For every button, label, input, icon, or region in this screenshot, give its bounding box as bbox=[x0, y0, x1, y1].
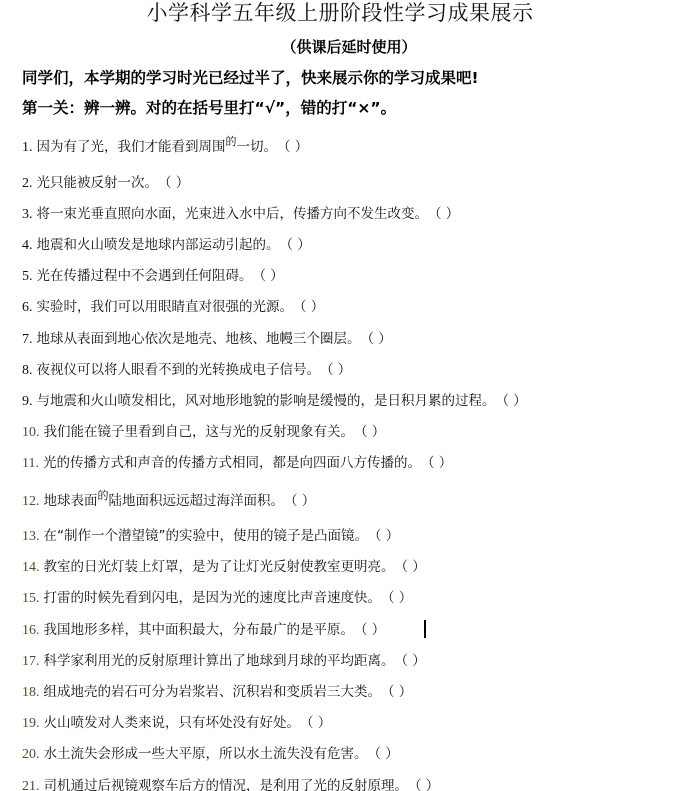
question-19[interactable]: 19.火山喷发对人类来说，只有坏处没有好处。（ ） bbox=[22, 713, 331, 734]
answer-blank[interactable]: （ ） bbox=[320, 360, 351, 380]
answer-blank[interactable]: （ ） bbox=[284, 491, 315, 511]
question-13[interactable]: 13.在“制作一个潜望镜”的实验中，使用的镜子是凸面镜。（ ） bbox=[22, 526, 399, 547]
question-14[interactable]: 14.教室的日光灯装上灯罩，是为了让灯光反射使教室更明亮。（ ） bbox=[22, 557, 426, 578]
question-number: 15. bbox=[22, 591, 40, 606]
question-number: 6. bbox=[22, 300, 33, 315]
question-text: 科学家利用光的反射原理计算出了地球到月球的平均距离。 bbox=[44, 653, 395, 669]
question-1[interactable]: 1.因为有了光，我们才能看到周围的一切。（ ） bbox=[22, 137, 308, 158]
question-number: 9. bbox=[22, 394, 33, 409]
question-number: 11. bbox=[22, 456, 39, 471]
question-7[interactable]: 7.地球从表面到地心依次是地壳、地核、地幔三个圈层。（ ） bbox=[22, 329, 392, 350]
question-text: 夜视仪可以将人眼看不到的光转换成电子信号。 bbox=[37, 362, 321, 378]
question-text: 实验时，我们可以用眼睛直对很强的光源。 bbox=[37, 299, 294, 315]
question-number: 7. bbox=[22, 332, 33, 347]
question-11[interactable]: 11.光的传播方式和声音的传播方式相同，都是向四面八方传播的。（ ） bbox=[22, 453, 452, 474]
answer-blank[interactable]: （ ） bbox=[277, 137, 308, 157]
document-title: 小学科学五年级上册阶段性学习成果展示 bbox=[0, 0, 680, 26]
answer-blank[interactable]: （ ） bbox=[354, 422, 385, 442]
answer-blank[interactable]: （ ） bbox=[300, 713, 331, 733]
question-text: 光只能被反射一次。 bbox=[37, 175, 159, 191]
question-number: 17. bbox=[22, 654, 40, 669]
question-text: 光的传播方式和声音的传播方式相同，都是向四面八方传播的。 bbox=[43, 455, 421, 471]
question-text: 教室的日光灯装上灯罩，是为了让灯光反射使教室更明亮。 bbox=[44, 559, 395, 575]
answer-blank[interactable]: （ ） bbox=[395, 651, 426, 671]
question-9[interactable]: 9.与地震和火山喷发相比，风对地形地貌的影响是缓慢的，是日积月累的过程。（ ） bbox=[22, 391, 527, 412]
question-text: 地震和火山喷发是地球内部运动引起的。 bbox=[37, 237, 280, 253]
question-text: 地球从表面到地心依次是地壳、地核、地幔三个圈层。 bbox=[37, 331, 361, 347]
question-text-cont: 一切。 bbox=[237, 139, 278, 155]
question-text: 火山喷发对人类来说，只有坏处没有好处。 bbox=[44, 715, 301, 731]
inserted-char: 的 bbox=[98, 489, 109, 502]
question-text: 打雷的时候先看到闪电，是因为光的速度比声音速度快。 bbox=[44, 590, 382, 606]
question-text: 地球表面 bbox=[44, 493, 98, 509]
inserted-char: 的 bbox=[226, 135, 237, 148]
question-number: 14. bbox=[22, 560, 40, 575]
question-text: 我国地形多样，其中面积最大，分布最广的是平原。 bbox=[44, 622, 355, 638]
document-subtitle: （供课后延时使用） bbox=[0, 36, 680, 58]
answer-blank[interactable]: （ ） bbox=[280, 235, 311, 255]
answer-blank[interactable]: （ ） bbox=[368, 744, 399, 764]
question-number: 19. bbox=[22, 716, 40, 731]
question-12[interactable]: 12.地球表面的陆地面积远远超过海洋面积。（ ） bbox=[22, 491, 315, 512]
question-15[interactable]: 15.打雷的时候先看到闪电，是因为光的速度比声音速度快。（ ） bbox=[22, 588, 412, 609]
question-20[interactable]: 20.水土流失会形成一些大平原，所以水土流失没有危害。（ ） bbox=[22, 744, 399, 765]
answer-blank[interactable]: （ ） bbox=[361, 329, 392, 349]
question-text: 将一束光垂直照向水面，光束进入水中后，传播方向不发生改变。 bbox=[37, 206, 429, 222]
question-6[interactable]: 6.实验时，我们可以用眼睛直对很强的光源。（ ） bbox=[22, 297, 324, 318]
question-number: 20. bbox=[22, 747, 40, 762]
question-number: 2. bbox=[22, 176, 33, 191]
question-number: 10. bbox=[22, 425, 40, 440]
question-text: 组成地壳的岩石可分为岩浆岩、沉积岩和变质岩三大类。 bbox=[44, 684, 382, 700]
answer-blank[interactable]: （ ） bbox=[381, 588, 412, 608]
intro-text: 同学们，本学期的学习时光已经过半了，快来展示你的学习成果吧! bbox=[22, 67, 479, 89]
question-number: 13. bbox=[22, 529, 40, 544]
question-text: 因为有了光，我们才能看到周围 bbox=[37, 139, 226, 155]
question-number: 21. bbox=[22, 779, 40, 791]
answer-blank[interactable]: （ ） bbox=[381, 682, 412, 702]
question-text: 我们能在镜子里看到自己，这与光的反射现象有关。 bbox=[44, 424, 355, 440]
answer-blank[interactable]: （ ） bbox=[253, 266, 284, 286]
question-21[interactable]: 21.司机通过后视镜观察车后方的情况，是利用了光的反射原理。（ ） bbox=[22, 776, 439, 791]
answer-blank[interactable]: （ ） bbox=[428, 204, 459, 224]
text-cursor bbox=[424, 620, 426, 638]
question-number: 12. bbox=[22, 494, 40, 509]
answer-blank[interactable]: （ ） bbox=[408, 776, 439, 791]
question-text: 与地震和火山喷发相比，风对地形地貌的影响是缓慢的，是日积月累的过程。 bbox=[37, 393, 496, 409]
answer-blank[interactable]: （ ） bbox=[496, 391, 527, 411]
question-text: 光在传播过程中不会遇到任何阻碍。 bbox=[37, 268, 253, 284]
question-8[interactable]: 8.夜视仪可以将人眼看不到的光转换成电子信号。（ ） bbox=[22, 360, 351, 381]
question-number: 5. bbox=[22, 269, 33, 284]
question-text: 司机通过后视镜观察车后方的情况，是利用了光的反射原理。 bbox=[44, 778, 409, 791]
question-18[interactable]: 18.组成地壳的岩石可分为岩浆岩、沉积岩和变质岩三大类。（ ） bbox=[22, 682, 412, 703]
question-number: 18. bbox=[22, 685, 40, 700]
question-number: 16. bbox=[22, 623, 40, 638]
question-17[interactable]: 17.科学家利用光的反射原理计算出了地球到月球的平均距离。（ ） bbox=[22, 651, 426, 672]
question-3[interactable]: 3.将一束光垂直照向水面，光束进入水中后，传播方向不发生改变。（ ） bbox=[22, 204, 459, 225]
question-number: 1. bbox=[22, 140, 33, 155]
question-5[interactable]: 5.光在传播过程中不会遇到任何阻碍。（ ） bbox=[22, 266, 284, 287]
answer-blank[interactable]: （ ） bbox=[368, 526, 399, 546]
answer-blank[interactable]: （ ） bbox=[395, 557, 426, 577]
answer-blank[interactable]: （ ） bbox=[354, 620, 385, 640]
answer-blank[interactable]: （ ） bbox=[421, 453, 452, 473]
question-2[interactable]: 2.光只能被反射一次。（ ） bbox=[22, 173, 189, 194]
question-text-cont: 陆地面积远远超过海洋面积。 bbox=[109, 493, 285, 509]
question-4[interactable]: 4.地震和火山喷发是地球内部运动引起的。（ ） bbox=[22, 235, 311, 256]
section-title: 第一关：辨一辨。对的在括号里打“√”，错的打“×”。 bbox=[22, 97, 396, 119]
question-text: 水土流失会形成一些大平原，所以水土流失没有危害。 bbox=[44, 746, 368, 762]
question-text: 在“制作一个潜望镜”的实验中，使用的镜子是凸面镜。 bbox=[44, 528, 369, 544]
answer-blank[interactable]: （ ） bbox=[293, 297, 324, 317]
answer-blank[interactable]: （ ） bbox=[158, 173, 189, 193]
question-16[interactable]: 16.我国地形多样，其中面积最大，分布最广的是平原。（ ） bbox=[22, 620, 385, 641]
question-number: 8. bbox=[22, 363, 33, 378]
question-number: 4. bbox=[22, 238, 33, 253]
question-number: 3. bbox=[22, 207, 33, 222]
question-10[interactable]: 10.我们能在镜子里看到自己，这与光的反射现象有关。（ ） bbox=[22, 422, 385, 443]
